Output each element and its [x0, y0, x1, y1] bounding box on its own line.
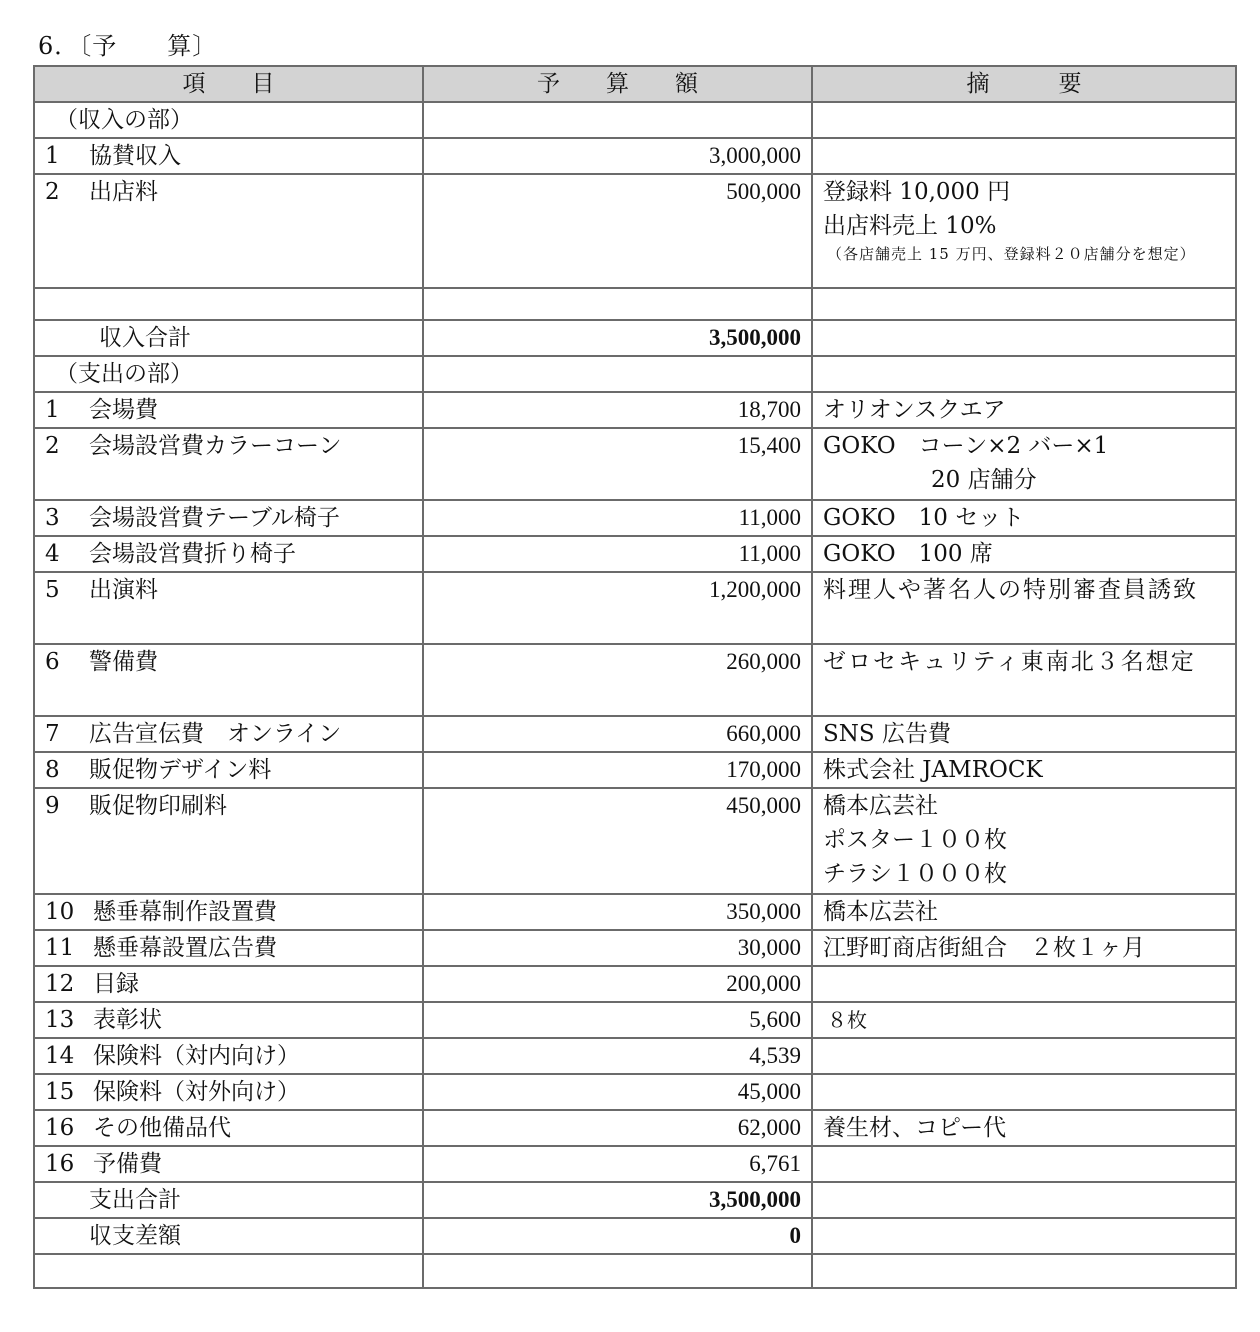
item-label: 会場費 — [89, 397, 158, 423]
remark-line: オリオンスクエア — [823, 393, 1225, 427]
table-row: 13表彰状 5,600 ８枚 — [34, 1002, 1236, 1038]
expense-total-row: 支出合計 3,500,000 — [34, 1182, 1236, 1218]
empty-cell — [812, 1182, 1236, 1218]
item-label: 保険料（対外向け） — [93, 1079, 300, 1105]
item-label: 会場設営費テーブル椅子 — [89, 505, 340, 531]
empty-cell — [423, 288, 812, 320]
table-row: 1協賛収入 3,000,000 — [34, 138, 1236, 174]
budget-table: 項 目 予 算 額 摘 要 （収入の部） 1協賛収入 3,000,000 2出店… — [33, 65, 1237, 1289]
item-label: 会場設営費折り椅子 — [89, 541, 296, 567]
item-label: 予備費 — [93, 1151, 162, 1177]
income-total-cell: 収入合計 — [34, 320, 423, 356]
item-number: 16 — [45, 1147, 93, 1181]
item-cell: 16その他備品代 — [34, 1110, 423, 1146]
amount-cell: 11,000 — [423, 536, 812, 572]
item-number: 13 — [45, 1003, 93, 1037]
table-row: 12目録 200,000 — [34, 966, 1236, 1002]
amount-cell: 18,700 — [423, 392, 812, 428]
remark-line: GOKO 100 席 — [823, 537, 1225, 571]
remarks-cell — [812, 1038, 1236, 1074]
empty-cell — [812, 356, 1236, 392]
item-cell: 8販促物デザイン料 — [34, 752, 423, 788]
remarks-cell — [812, 1146, 1236, 1182]
remarks-cell: 江野町商店街組合 ２枚１ヶ月 — [812, 930, 1236, 966]
item-number: 10 — [45, 895, 93, 929]
empty-cell — [423, 102, 812, 138]
empty-cell — [812, 320, 1236, 356]
remarks-cell: ８枚 — [812, 1002, 1236, 1038]
item-label: 協賛収入 — [89, 143, 181, 169]
amount-cell: 6,761 — [423, 1146, 812, 1182]
income-section-row: （収入の部） — [34, 102, 1236, 138]
table-row: 10懸垂幕制作設置費 350,000 橋本広芸社 — [34, 894, 1236, 930]
item-number: 5 — [45, 573, 89, 607]
item-cell: 11懸垂幕設置広告費 — [34, 930, 423, 966]
remarks-cell: 登録料 10,000 円 出店料売上 10% （各店舗売上 15 万円、登録料２… — [812, 174, 1236, 288]
amount-cell: 170,000 — [423, 752, 812, 788]
remark-line: ８枚 — [823, 1003, 1225, 1037]
empty-cell — [423, 356, 812, 392]
remark-line: GOKO コーン×2 バー×1 — [823, 429, 1225, 463]
item-label: 警備費 — [89, 649, 158, 675]
expense-total-amount: 3,500,000 — [423, 1182, 812, 1218]
amount-cell: 62,000 — [423, 1110, 812, 1146]
remarks-cell — [812, 1074, 1236, 1110]
remark-small-note: （各店舗売上 15 万円、登録料２０店舗分を想定） — [823, 243, 1225, 265]
income-section-label: （収入の部） — [34, 102, 423, 138]
item-number: 11 — [45, 931, 93, 965]
remark-line: チラシ１０００枚 — [823, 857, 1225, 891]
item-label: 保険料（対内向け） — [93, 1043, 300, 1069]
item-label: 懸垂幕設置広告費 — [93, 935, 277, 961]
amount-cell: 1,200,000 — [423, 572, 812, 644]
income-total-row: 収入合計 3,500,000 — [34, 320, 1236, 356]
table-row: 8販促物デザイン料 170,000 株式会社 JAMROCK — [34, 752, 1236, 788]
item-number: 6 — [45, 645, 89, 679]
remarks-cell: 橋本広芸社 — [812, 894, 1236, 930]
remarks-cell: GOKO コーン×2 バー×1 20 店舗分 — [812, 428, 1236, 500]
empty-cell — [812, 288, 1236, 320]
balance-row: 収支差額 0 — [34, 1218, 1236, 1254]
header-remarks: 摘 要 — [812, 66, 1236, 102]
remark-line: 20 店舗分 — [823, 463, 1225, 497]
item-number: 14 — [45, 1039, 93, 1073]
expense-total-label: 支出合計 — [45, 1187, 181, 1213]
remark-line: ポスター１００枚 — [823, 823, 1225, 857]
item-cell: 4会場設営費折り椅子 — [34, 536, 423, 572]
amount-cell: 15,400 — [423, 428, 812, 500]
remark-line: 出店料売上 10% — [823, 209, 1225, 243]
item-cell: 10懸垂幕制作設置費 — [34, 894, 423, 930]
table-row: 5出演料 1,200,000 料理人や著名人の特別審査員誘致 — [34, 572, 1236, 644]
item-cell: 2出店料 — [34, 174, 423, 288]
table-row: 15保険料（対外向け） 45,000 — [34, 1074, 1236, 1110]
item-number: 9 — [45, 789, 89, 823]
table-row: 9販促物印刷料 450,000 橋本広芸社 ポスター１００枚 チラシ１０００枚 — [34, 788, 1236, 894]
amount-cell: 500,000 — [423, 174, 812, 288]
item-label: 出店料 — [89, 179, 158, 205]
item-number: 7 — [45, 717, 89, 751]
empty-row — [34, 1254, 1236, 1288]
item-cell: 6警備費 — [34, 644, 423, 716]
item-number: 2 — [45, 175, 89, 209]
item-label: 表彰状 — [93, 1007, 162, 1033]
expense-section-label: （支出の部） — [34, 356, 423, 392]
amount-cell: 200,000 — [423, 966, 812, 1002]
amount-cell: 45,000 — [423, 1074, 812, 1110]
table-row: 16予備費 6,761 — [34, 1146, 1236, 1182]
remark-line: 橋本広芸社 — [823, 789, 1225, 823]
income-total-amount: 3,500,000 — [423, 320, 812, 356]
remarks-cell — [812, 966, 1236, 1002]
remarks-cell: SNS 広告費 — [812, 716, 1236, 752]
item-cell: 1協賛収入 — [34, 138, 423, 174]
item-label: 目録 — [93, 971, 139, 997]
item-number: 15 — [45, 1075, 93, 1109]
item-cell: 2会場設営費カラーコーン — [34, 428, 423, 500]
item-label: 販促物印刷料 — [89, 793, 227, 819]
remarks-cell: 橋本広芸社 ポスター１００枚 チラシ１０００枚 — [812, 788, 1236, 894]
remark-line: 養生材、コピー代 — [823, 1111, 1225, 1145]
remarks-cell: 株式会社 JAMROCK — [812, 752, 1236, 788]
header-amount: 予 算 額 — [423, 66, 812, 102]
empty-cell — [34, 288, 423, 320]
item-cell: 7広告宣伝費 オンライン — [34, 716, 423, 752]
item-number: 1 — [45, 139, 89, 173]
item-cell: 3会場設営費テーブル椅子 — [34, 500, 423, 536]
amount-cell: 660,000 — [423, 716, 812, 752]
item-label: 広告宣伝費 オンライン — [89, 721, 341, 747]
remarks-cell: ゼロセキュリティ東南北３名想定 — [812, 644, 1236, 716]
amount-cell: 4,539 — [423, 1038, 812, 1074]
empty-cell — [812, 102, 1236, 138]
remark-line: 登録料 10,000 円 — [823, 175, 1225, 209]
empty-cell — [812, 1254, 1236, 1288]
remark-line: 橋本広芸社 — [823, 895, 1225, 929]
balance-label: 収支差額 — [45, 1223, 181, 1249]
empty-row — [34, 288, 1236, 320]
remarks-cell: 養生材、コピー代 — [812, 1110, 1236, 1146]
item-number: 1 — [45, 393, 89, 427]
amount-cell: 30,000 — [423, 930, 812, 966]
header-row: 項 目 予 算 額 摘 要 — [34, 66, 1236, 102]
item-label: 出演料 — [89, 577, 158, 603]
section-title: 6．〔予 算〕 — [38, 26, 217, 61]
item-number: 4 — [45, 537, 89, 571]
item-cell: 15保険料（対外向け） — [34, 1074, 423, 1110]
item-cell: 16予備費 — [34, 1146, 423, 1182]
balance-amount: 0 — [423, 1218, 812, 1254]
item-cell: 5出演料 — [34, 572, 423, 644]
item-cell: 14保険料（対内向け） — [34, 1038, 423, 1074]
item-cell: 12目録 — [34, 966, 423, 1002]
table-row: 14保険料（対内向け） 4,539 — [34, 1038, 1236, 1074]
empty-cell — [34, 1254, 423, 1288]
table-row: 3会場設営費テーブル椅子 11,000 GOKO 10 セット — [34, 500, 1236, 536]
amount-cell: 260,000 — [423, 644, 812, 716]
amount-cell: 350,000 — [423, 894, 812, 930]
item-number: 8 — [45, 753, 89, 787]
item-cell: 9販促物印刷料 — [34, 788, 423, 894]
remark-line: SNS 広告費 — [823, 717, 1225, 751]
item-label: 懸垂幕制作設置費 — [93, 899, 277, 925]
empty-cell — [423, 1254, 812, 1288]
remark-line: 江野町商店街組合 ２枚１ヶ月 — [823, 931, 1225, 965]
remark-line: 料理人や著名人の特別審査員誘致 — [823, 573, 1225, 607]
table-row: 11懸垂幕設置広告費 30,000 江野町商店街組合 ２枚１ヶ月 — [34, 930, 1236, 966]
item-number: 12 — [45, 967, 93, 1001]
remarks-cell: オリオンスクエア — [812, 392, 1236, 428]
item-label: 販促物デザイン料 — [89, 757, 271, 783]
item-number: 3 — [45, 501, 89, 535]
table-row: 4会場設営費折り椅子 11,000 GOKO 100 席 — [34, 536, 1236, 572]
remarks-cell: GOKO 100 席 — [812, 536, 1236, 572]
table-row: 7広告宣伝費 オンライン 660,000 SNS 広告費 — [34, 716, 1236, 752]
amount-cell: 450,000 — [423, 788, 812, 894]
item-number: 16 — [45, 1111, 93, 1145]
remark-line: GOKO 10 セット — [823, 501, 1225, 535]
amount-cell: 11,000 — [423, 500, 812, 536]
expense-section-row: （支出の部） — [34, 356, 1236, 392]
table-row: 16その他備品代 62,000 養生材、コピー代 — [34, 1110, 1236, 1146]
table-row: 1会場費 18,700 オリオンスクエア — [34, 392, 1236, 428]
item-label: その他備品代 — [93, 1115, 231, 1141]
remarks-cell: 料理人や著名人の特別審査員誘致 — [812, 572, 1236, 644]
remarks-cell — [812, 138, 1236, 174]
item-cell: 1会場費 — [34, 392, 423, 428]
item-label: 会場設営費カラーコーン — [89, 433, 342, 459]
header-item: 項 目 — [34, 66, 423, 102]
table-row: 2会場設営費カラーコーン 15,400 GOKO コーン×2 バー×1 20 店… — [34, 428, 1236, 500]
table-row: 6警備費 260,000 ゼロセキュリティ東南北３名想定 — [34, 644, 1236, 716]
item-cell: 13表彰状 — [34, 1002, 423, 1038]
income-total-label: 収入合計 — [45, 325, 191, 351]
empty-cell — [812, 1218, 1236, 1254]
balance-cell: 収支差額 — [34, 1218, 423, 1254]
table-row: 2出店料 500,000 登録料 10,000 円 出店料売上 10% （各店舗… — [34, 174, 1236, 288]
amount-cell: 3,000,000 — [423, 138, 812, 174]
remark-line: ゼロセキュリティ東南北３名想定 — [823, 645, 1225, 679]
remark-line: 株式会社 JAMROCK — [823, 753, 1225, 787]
amount-cell: 5,600 — [423, 1002, 812, 1038]
remarks-cell: GOKO 10 セット — [812, 500, 1236, 536]
item-number: 2 — [45, 429, 89, 463]
expense-total-cell: 支出合計 — [34, 1182, 423, 1218]
